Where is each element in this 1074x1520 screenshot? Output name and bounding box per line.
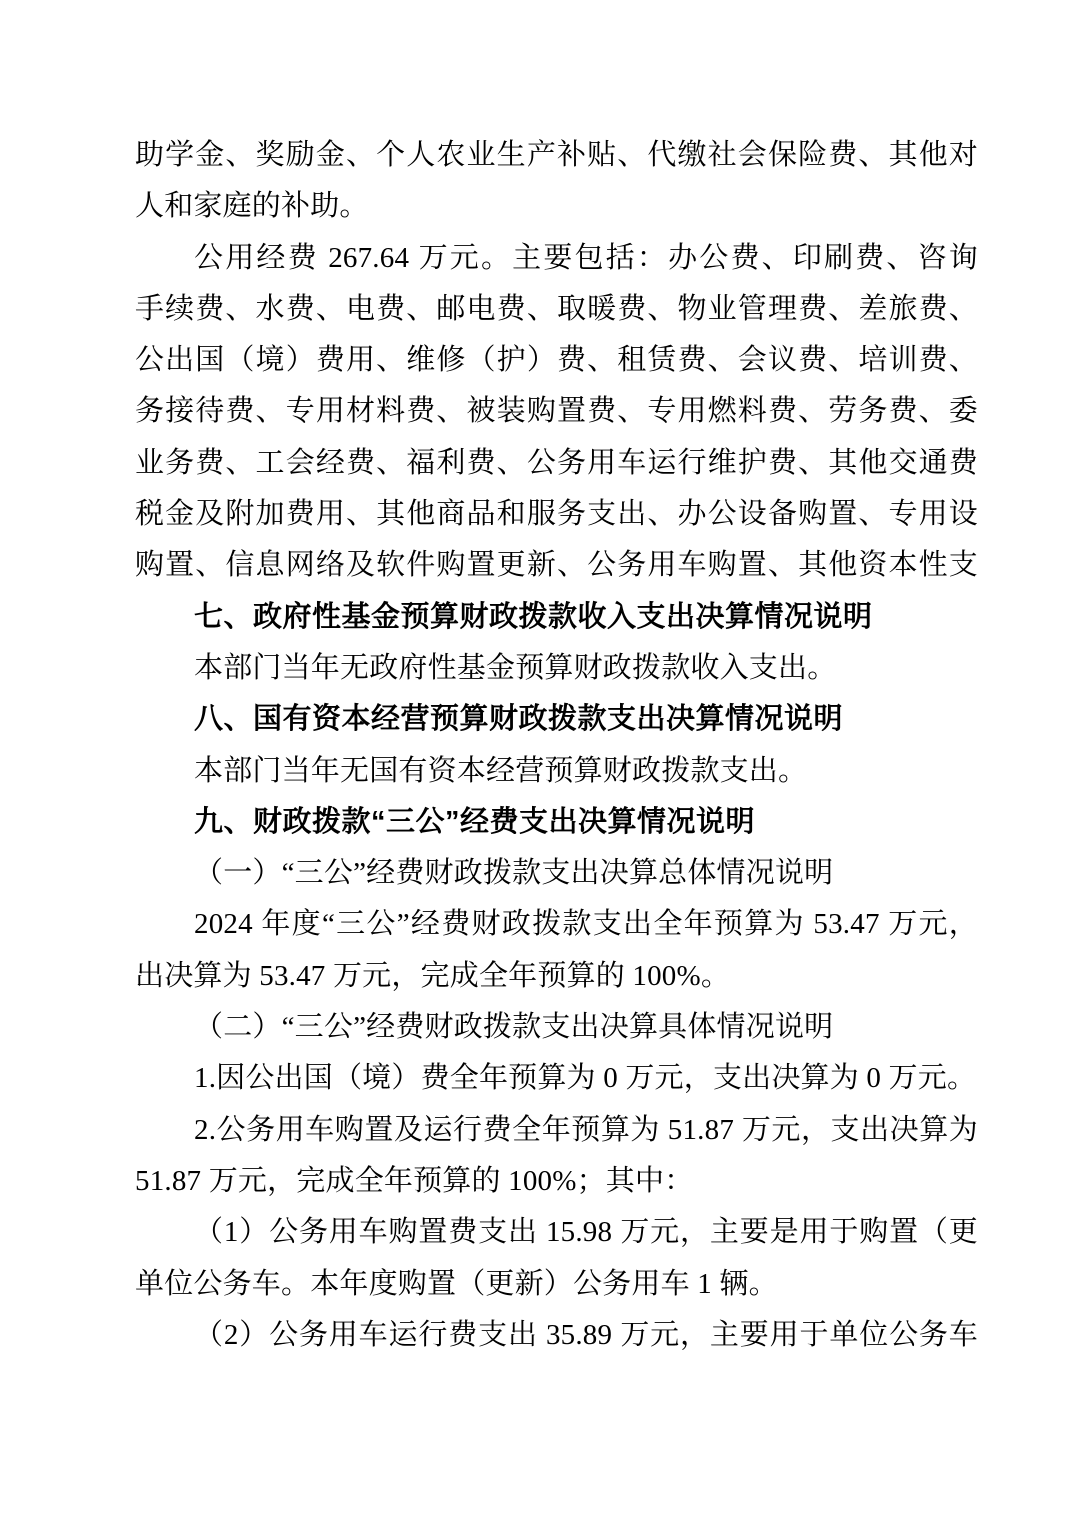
paragraph-line: 1.因公出国（境）费全年预算为 0 万元，支出决算为 0 万元。 xyxy=(135,1053,978,1104)
paragraph-line: 人和家庭的补助。 xyxy=(135,181,978,232)
paragraph-line: 助学金、奖励金、个人农业生产补贴、代缴社会保险费、其他对个 xyxy=(135,130,978,181)
paragraph-line: 51.87 万元，完成全年预算的 100%；其中： xyxy=(135,1156,978,1207)
paragraph-line: 2.公务用车购置及运行费全年预算为 51.87 万元，支出决算为 xyxy=(135,1105,978,1156)
paragraph-line: 单位公务车。本年度购置（更新）公务用车 1 辆。 xyxy=(135,1259,978,1310)
paragraph-line: 2024 年度“三公”经费财政拨款支出全年预算为 53.47 万元，支 xyxy=(135,899,978,950)
paragraph-line: （2）公务用车运行费支出 35.89 万元，主要用于单位公务车油 xyxy=(135,1310,978,1361)
paragraph-line: 本部门当年无政府性基金预算财政拨款收入支出。 xyxy=(135,643,978,694)
paragraph-line: 税金及附加费用、其他商品和服务支出、办公设备购置、专用设备 xyxy=(135,489,978,540)
document-page: 助学金、奖励金、个人农业生产补贴、代缴社会保险费、其他对个 人和家庭的补助。 公… xyxy=(0,0,1074,1520)
paragraph-line: （1）公务用车购置费支出 15.98 万元，主要是用于购置（更新） xyxy=(135,1207,978,1258)
document-body: 助学金、奖励金、个人农业生产补贴、代缴社会保险费、其他对个 人和家庭的补助。 公… xyxy=(135,130,978,1361)
section-heading-9: 九、财政拨款“三公”经费支出决算情况说明 xyxy=(135,797,978,848)
section-heading-8: 八、国有资本经营预算财政拨款支出决算情况说明 xyxy=(135,694,978,745)
subsection-heading-1: （一）“三公”经费财政拨款支出决算总体情况说明 xyxy=(135,848,978,899)
paragraph-line: 公用经费 267.64 万元。主要包括：办公费、印刷费、咨询费、 xyxy=(135,233,978,284)
paragraph-line: 购置、信息网络及软件购置更新、公务用车购置、其他资本性支出。 xyxy=(135,540,978,591)
paragraph-line: 出决算为 53.47 万元，完成全年预算的 100%。 xyxy=(135,951,978,1002)
subsection-heading-2: （二）“三公”经费财政拨款支出决算具体情况说明 xyxy=(135,1002,978,1053)
paragraph-line: 业务费、工会经费、福利费、公务用车运行维护费、其他交通费用、 xyxy=(135,438,978,489)
paragraph-line: 手续费、水费、电费、邮电费、取暖费、物业管理费、差旅费、因 xyxy=(135,284,978,335)
paragraph-line: 公出国（境）费用、维修（护）费、租赁费、会议费、培训费、公 xyxy=(135,335,978,386)
paragraph-line: 务接待费、专用材料费、被装购置费、专用燃料费、劳务费、委托 xyxy=(135,386,978,437)
section-heading-7: 七、政府性基金预算财政拨款收入支出决算情况说明 xyxy=(135,592,978,643)
paragraph-line: 本部门当年无国有资本经营预算财政拨款支出。 xyxy=(135,746,978,797)
